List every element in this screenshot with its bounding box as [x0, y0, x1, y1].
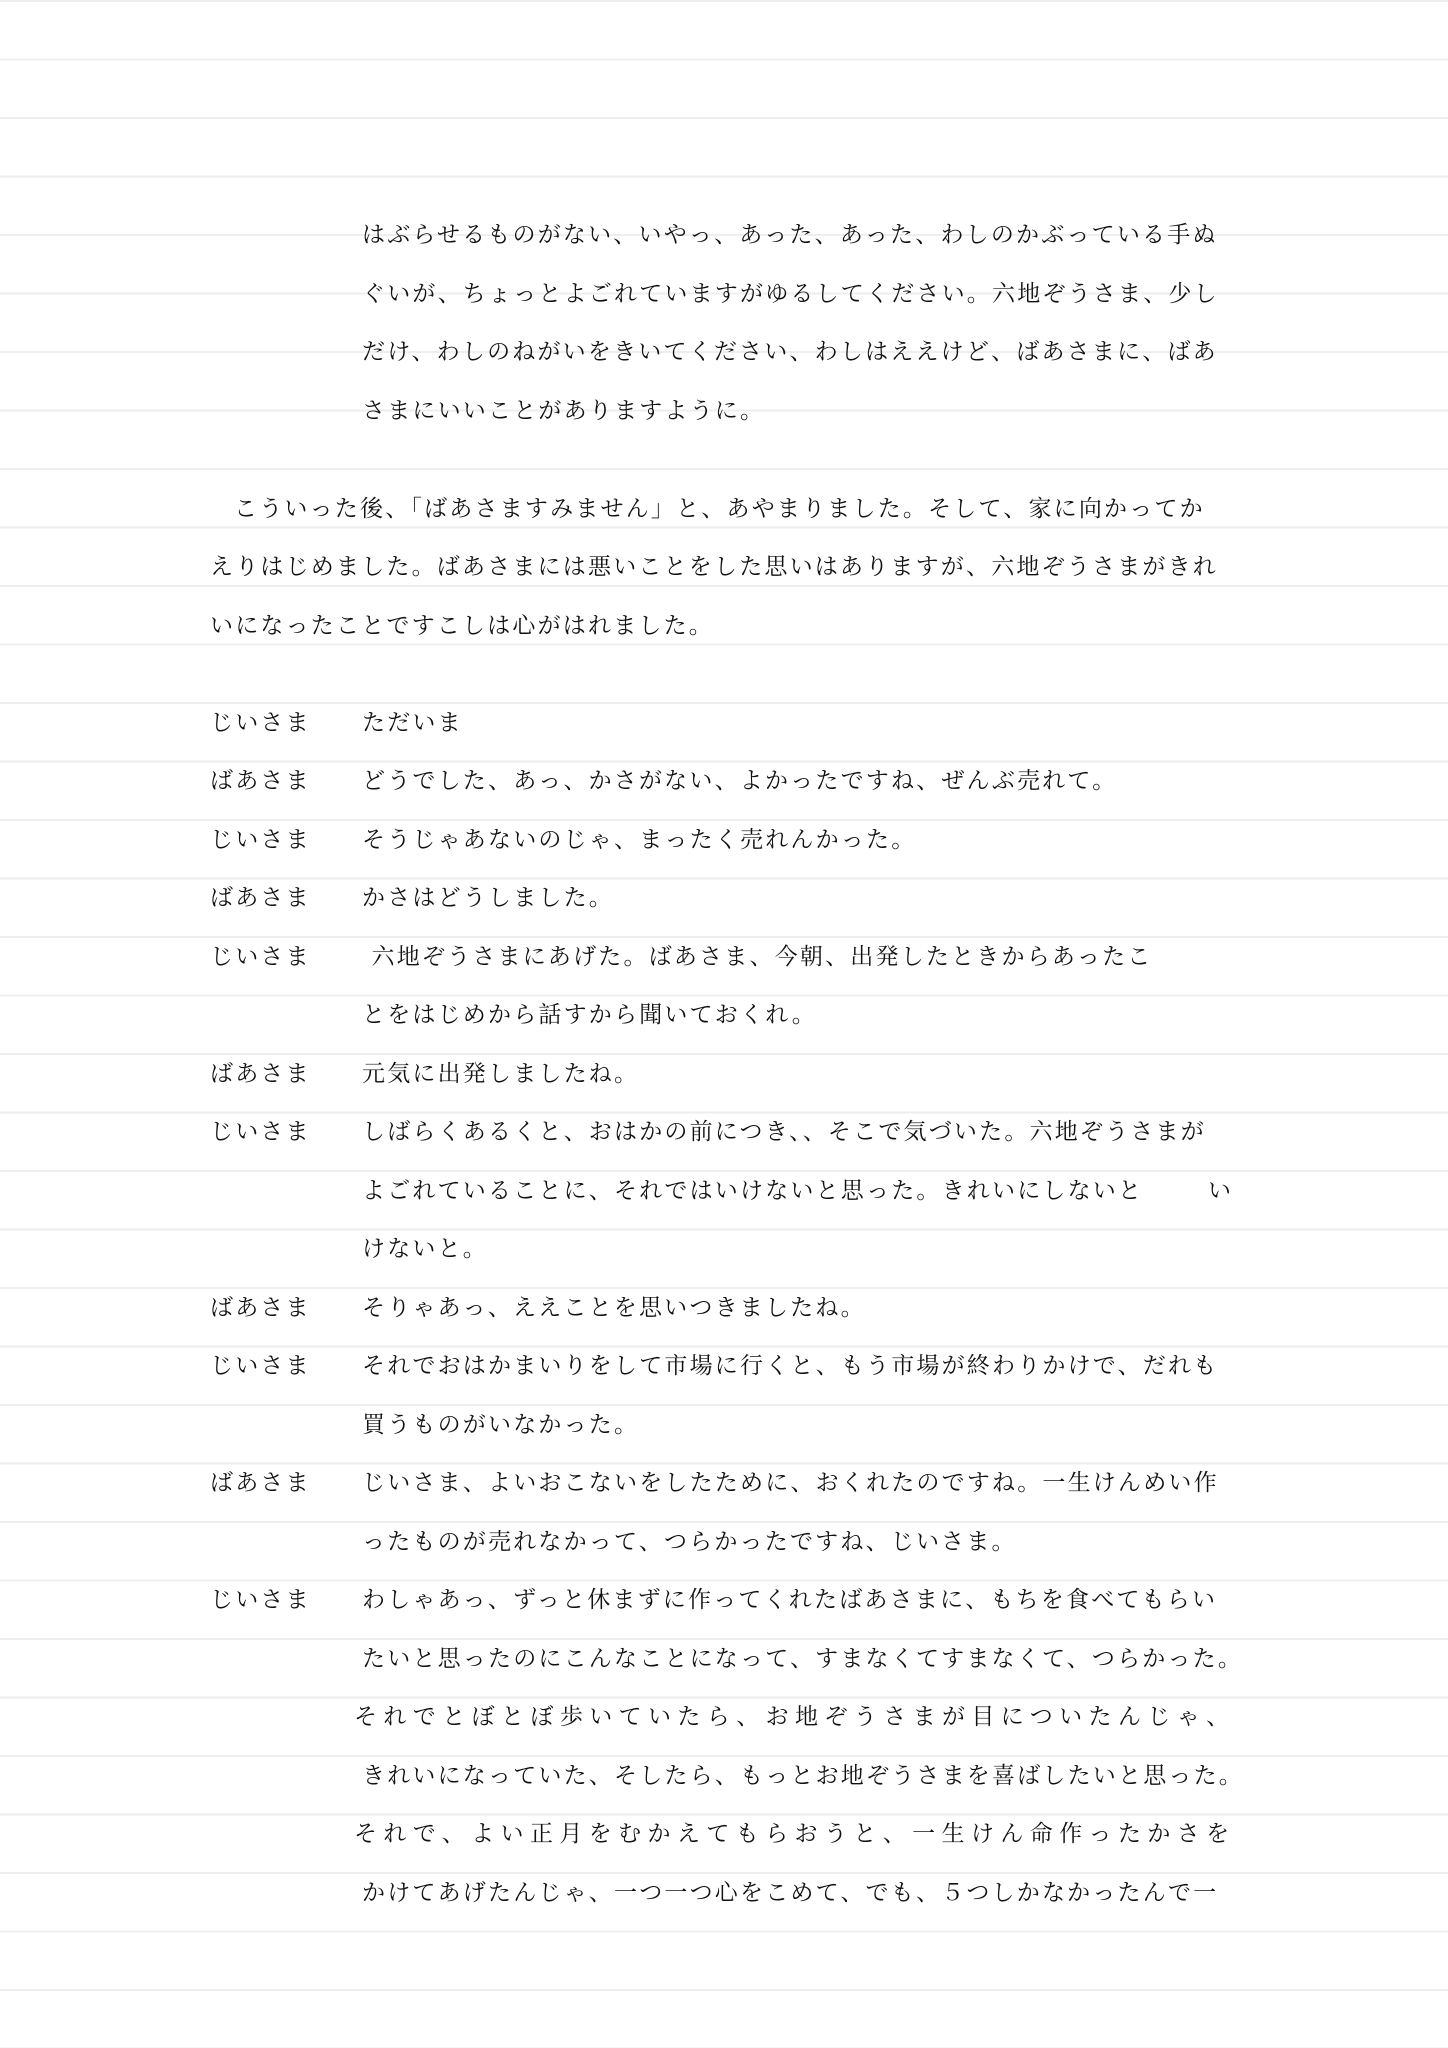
narration-line: いになったことですこしは心がはれました。 [210, 606, 714, 646]
dialogue-line: 買うものがいなかった。 [362, 1405, 639, 1445]
dialogue-line: しばらくあるくと、おはかの前につき、、そこで気づいた。六地ぞうさまが [362, 1112, 1206, 1152]
speaker-label: ばあさま [210, 761, 311, 801]
dialogue-line: きれいになっていた、そしたら、もっとお地ぞうさまを喜ばしたいと思った。 [362, 1756, 1244, 1796]
dialogue-line: 元気に出発しましたね。 [362, 1054, 639, 1094]
speaker-label: じいさま [210, 1112, 311, 1152]
prayer-line: はぶらせるものがない、いやっ、あった、あった、わしのかぶっている手ぬ [362, 215, 1218, 255]
dialogue-line: けないと。 [362, 1229, 488, 1269]
narration-line: えりはじめました。ばあさまには悪いことをした思いはありますが、六地ぞうさまがきれ [210, 547, 1218, 587]
dialogue-line: そうじゃあないのじゃ、まったく売れんかった。 [362, 820, 916, 860]
dialogue-line: よごれていることに、それではいけないと思った。きれいにしないと [362, 1171, 1143, 1211]
dialogue-line: ただいま [362, 703, 463, 743]
dialogue-line: わしゃあっ、ずっと休まずに作ってくれたばあさまに、もちを食べてもらい [362, 1580, 1217, 1620]
speaker-label: じいさま [210, 937, 311, 977]
prayer-line: だけ、わしのねがいをきいてください、わしはええけど、ばあさまに、ばあ [362, 332, 1218, 372]
dialogue-line: たいと思ったのにこんなことになって、すまなくてすまなくて、つらかった。 [362, 1639, 1243, 1679]
speaker-label: ばあさま [210, 878, 311, 918]
dialogue-line: それで、よい正月をむかえてもらおうと、一生けん命作ったかさを [354, 1814, 1236, 1854]
dialogue-line: かけてあげたんじゃ、一つ一つ心をこめて、でも、５つしかなかったんで一 [362, 1873, 1218, 1913]
narration-line: こういった後、「ばあさますみません」と、あやまりました。そして、家に向かってか [234, 489, 1205, 529]
speaker-label: ばあさま [210, 1463, 311, 1503]
dialogue-line: ったものが売れなかって、つらかったですね、じいさま。 [362, 1522, 1017, 1562]
dialogue-line: かさはどうしました。 [362, 878, 614, 918]
dialogue-line: じいさま、よいおこないをしたために、おくれたのですね。一生けんめい作 [362, 1463, 1219, 1503]
speaker-label: ばあさま [210, 1054, 311, 1094]
dialogue-line: 六地ぞうさまにあげた。ばあさま、今朝、出発したときからあったこ [362, 937, 1152, 977]
prayer-line: さまにいいことがありますように。 [362, 391, 765, 431]
dialogue-line: それでおはかまいりをして市場に行くと、もう市場が終わりかけで、だれも [362, 1346, 1218, 1386]
speaker-label: じいさま [210, 820, 311, 860]
speaker-label: じいさま [210, 1346, 311, 1386]
dialogue-line: そりゃあっ、ええことを思いつきましたね。 [362, 1288, 866, 1328]
dialogue-line: とをはじめから話すから聞いておくれ。 [362, 995, 817, 1035]
stray-character: い [1208, 1171, 1233, 1211]
speaker-label: じいさま [210, 1580, 311, 1620]
speaker-label: ばあさま [210, 1288, 311, 1328]
dialogue-line: どうでした、あっ、かさがない、よかったですね、ぜんぶ売れて。 [362, 761, 1117, 801]
prayer-line: ぐいが、ちょっとよごれていますがゆるしてください。六地ぞうさま、少し [362, 274, 1219, 314]
dialogue-line: それでとぼとぼ歩いていたら、お地ぞうさまが目についたんじゃ、 [354, 1697, 1236, 1737]
speaker-label: じいさま [210, 703, 311, 743]
document-page: はぶらせるものがない、いやっ、あった、あった、わしのかぶっている手ぬ ぐいが、ち… [0, 0, 1448, 2048]
